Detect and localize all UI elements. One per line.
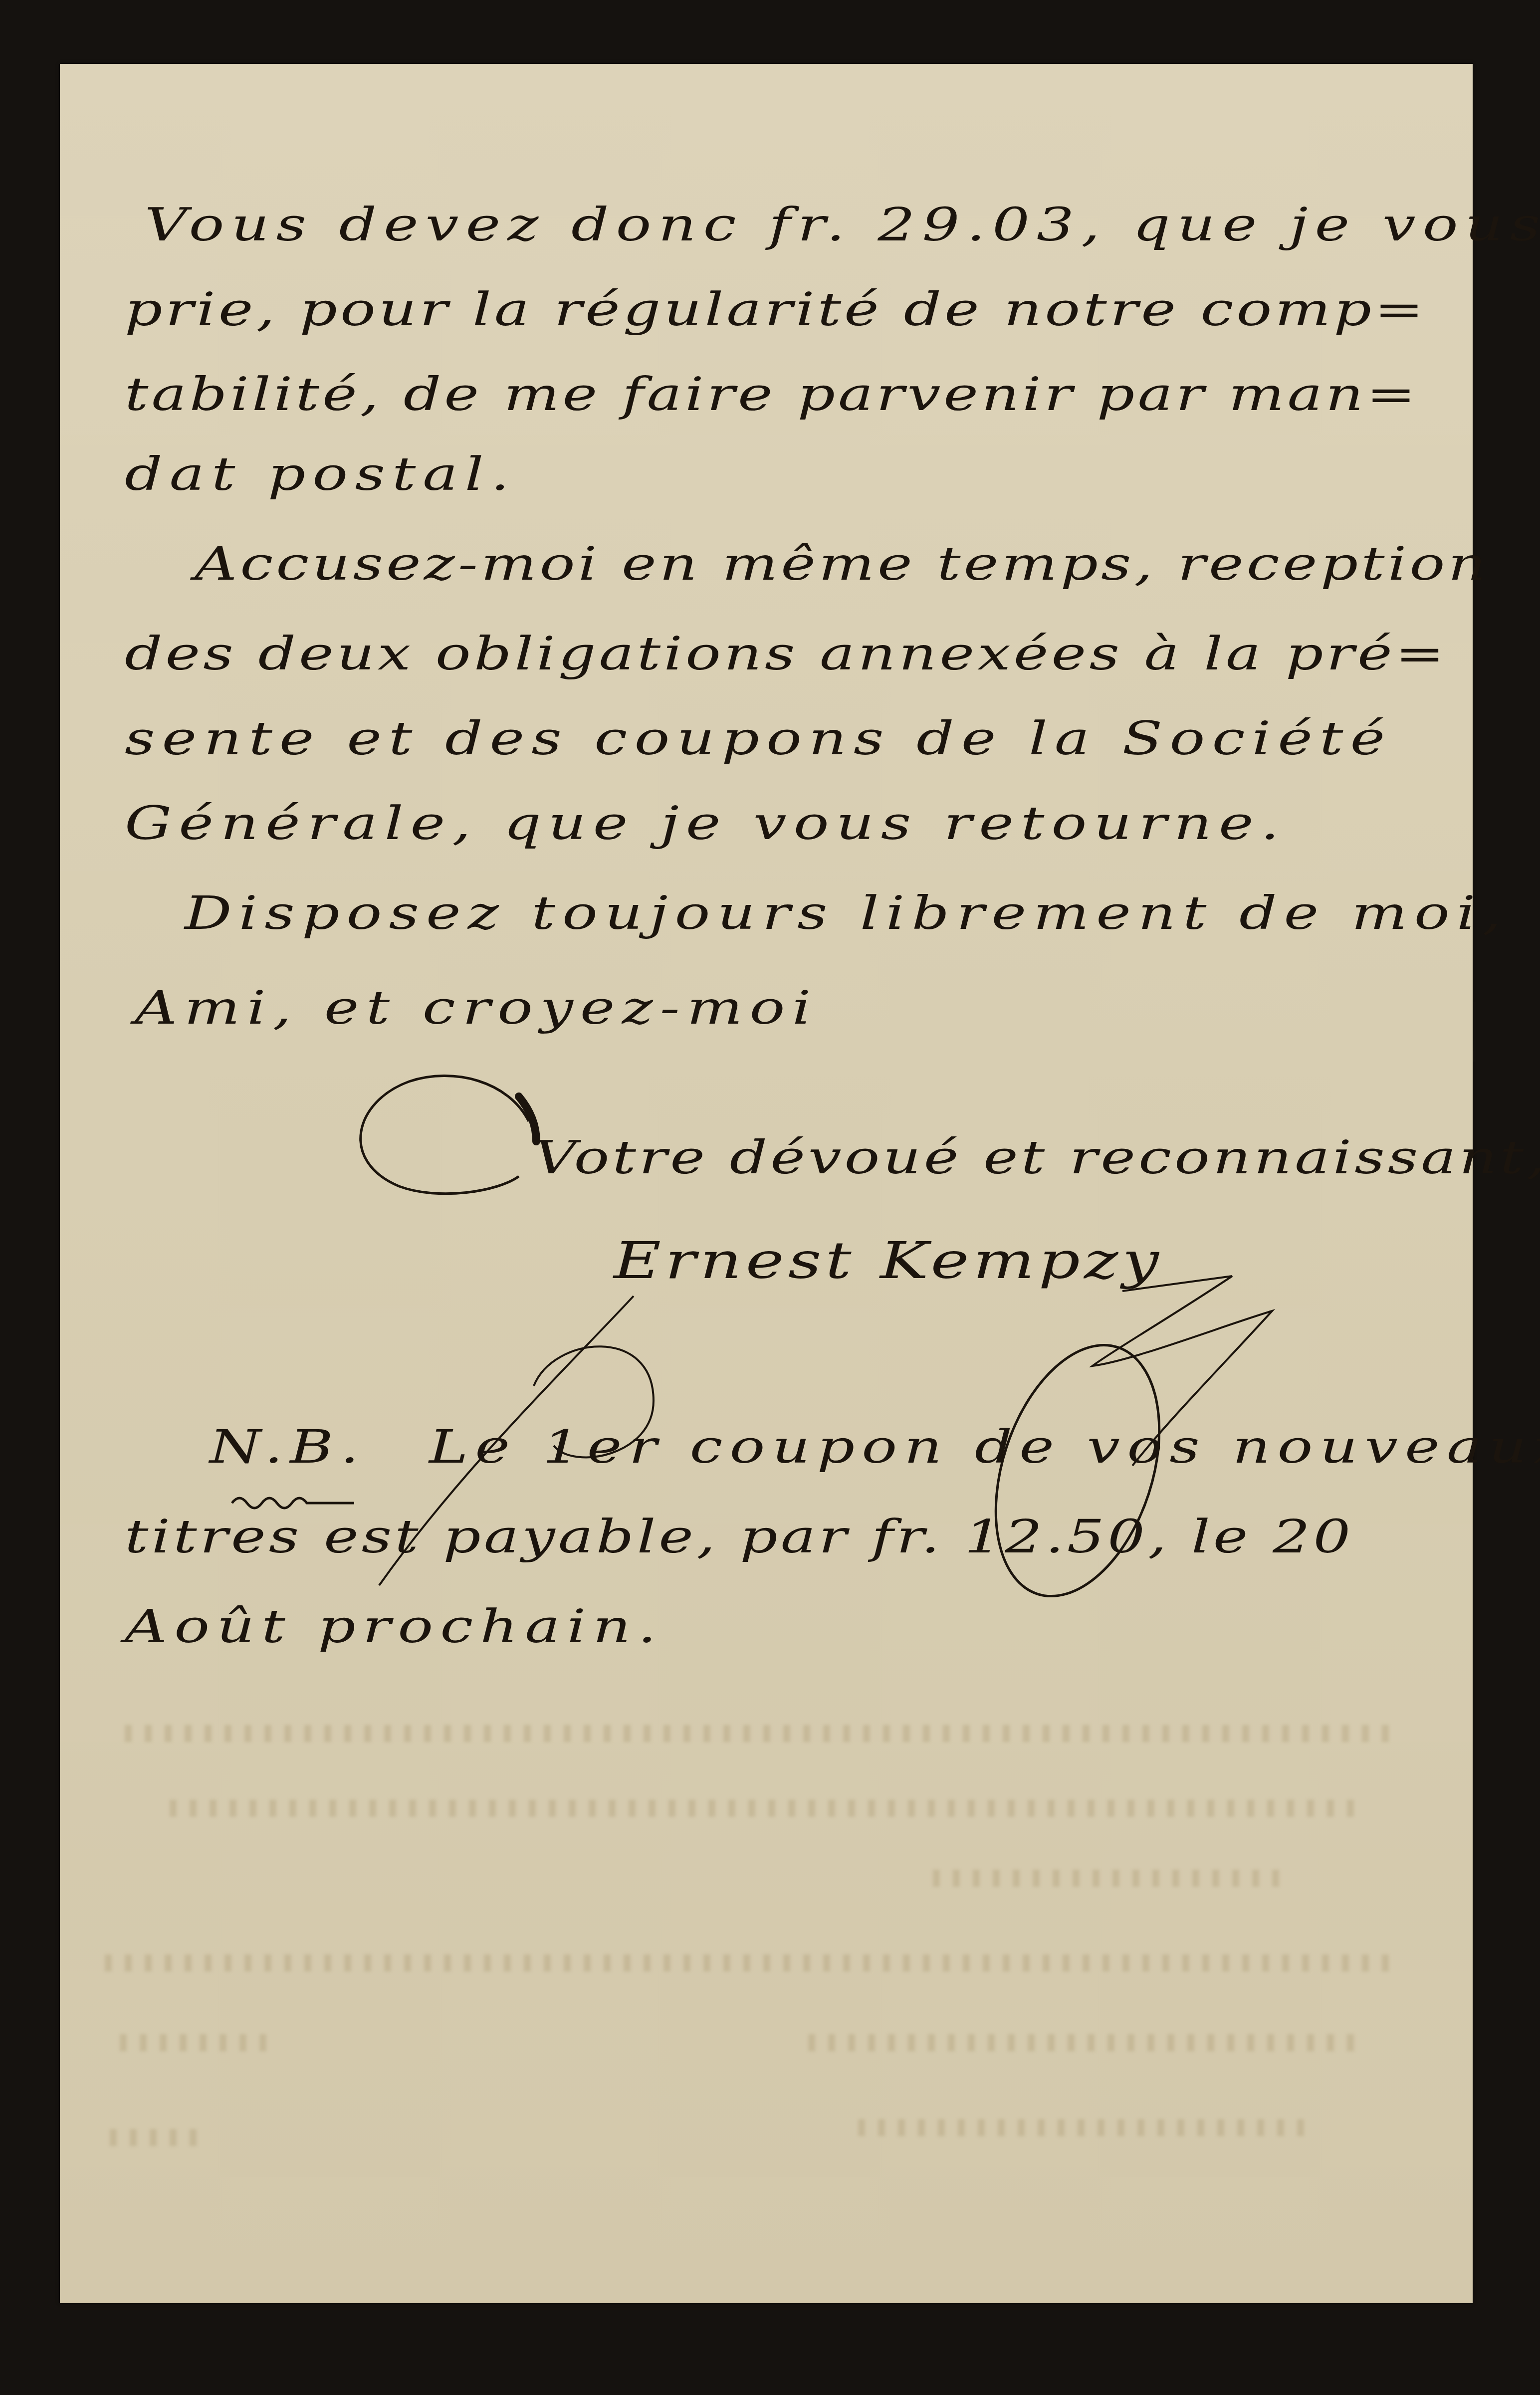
body-line-8: Générale, que je vous retourne. bbox=[125, 800, 1286, 846]
salutation-flourish-icon bbox=[339, 1062, 549, 1211]
body-line-10: Ami, et croyez-moi bbox=[135, 985, 818, 1031]
body-line-9: Disposez toujours librement de moi, bbox=[185, 890, 1508, 936]
body-line-3: tabilité, de me faire parvenir par man= bbox=[125, 371, 1419, 417]
postscript-line-2: titres est payable, par fr. 12.50, le 20 bbox=[125, 1514, 1353, 1559]
body-line-4: dat postal. bbox=[125, 451, 516, 497]
closing-salutation: Votre dévoué et reconnaissant, bbox=[534, 1134, 1540, 1180]
postscript-line-3: Août prochain. bbox=[125, 1603, 663, 1649]
signature: Ernest Kempzy bbox=[614, 1236, 1163, 1286]
body-line-6: des deux obligations annexées à la pré= bbox=[125, 631, 1448, 676]
body-line-7: sente et des coupons de la Société bbox=[125, 715, 1392, 761]
body-line-1: Vous devez donc fr. 29.03, que je vous bbox=[145, 202, 1540, 247]
postscript-line-1: Le 1er coupon de vos nouveaux bbox=[429, 1424, 1540, 1470]
postscript-label: N.B. bbox=[210, 1424, 366, 1470]
body-line-2: prie, pour la régularité de notre comp= bbox=[125, 286, 1427, 332]
letter-page: Vous devez donc fr. 29.03, que je vous p… bbox=[60, 64, 1473, 2303]
body-line-5: Accusez-moi en même temps, reception bbox=[195, 541, 1489, 587]
